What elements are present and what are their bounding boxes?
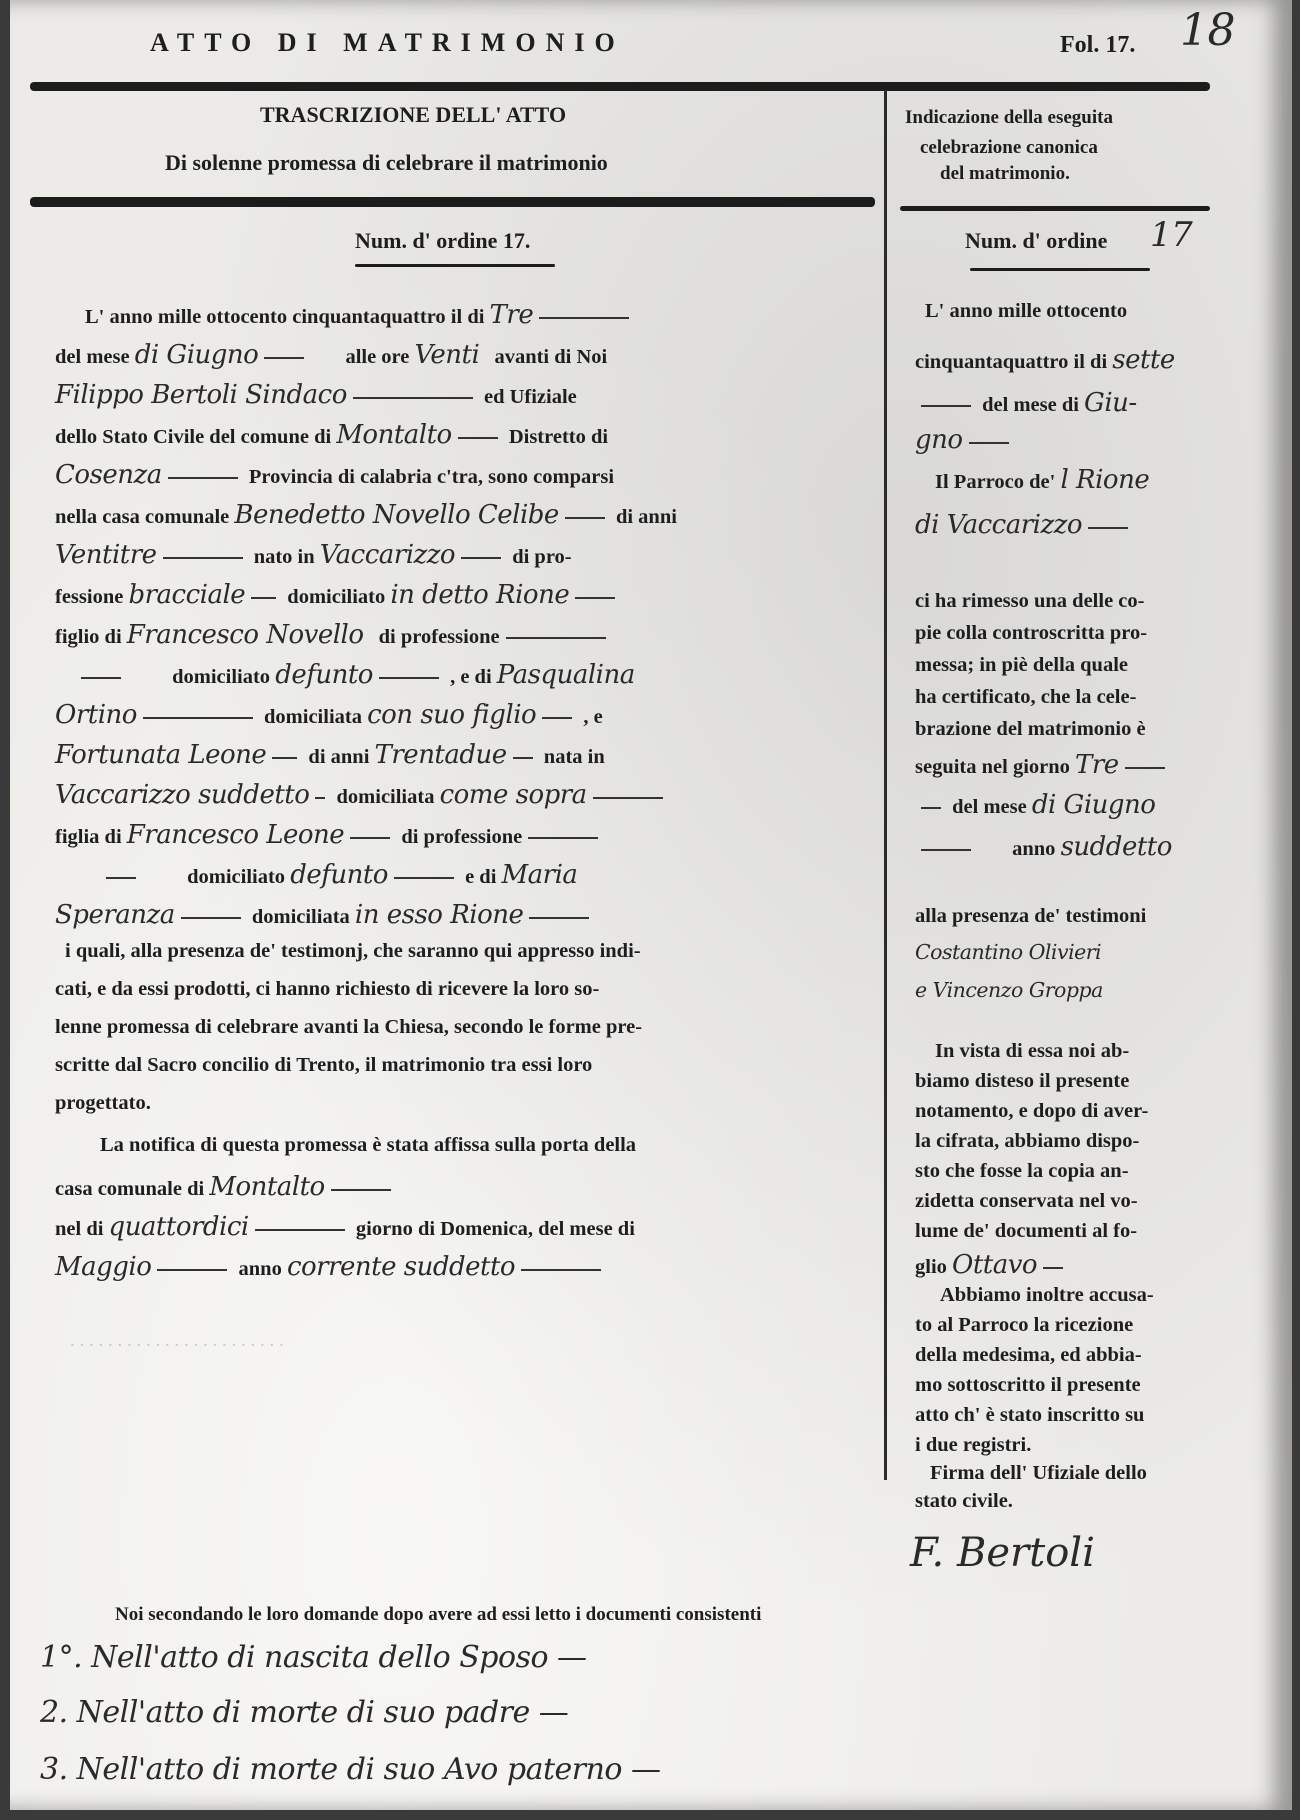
bleed-through-text: . . . . . . . . . . . . . . . . . . . . … <box>70 1330 284 1352</box>
right-header-line-1: Indicazione della eseguita <box>905 107 1113 129</box>
body-line-4: dello Stato Civile del comune di Montalt… <box>55 420 880 450</box>
body-line-9: figlio di Francesco Novello di professio… <box>55 620 880 650</box>
body-line-11: Ortino domiciliata con suo figlio , e <box>55 700 880 730</box>
right-anno-line: anno suddetto <box>915 832 1245 862</box>
right-paragraph-3-line: atto ch' è stato inscritto su <box>915 1404 1245 1427</box>
body-line-1: L' anno mille ottocento cinquantaquattro… <box>85 300 910 330</box>
right-paragraph-2-line: zidetta conservata nel vo- <box>915 1190 1245 1213</box>
right-paragraph-2-line: notamento, e dopo di aver- <box>915 1100 1245 1123</box>
folio-handwritten: 18 <box>1180 5 1235 56</box>
document-page: ATTO DI MATRIMONIO Fol. 17. 18 TRASCRIZI… <box>10 0 1292 1810</box>
body-line-7: Ventitre nato in Vaccarizzo di pro- <box>55 540 880 570</box>
right-paragraph-line: seguita nel giorno Tre <box>915 750 1245 780</box>
right-paragraph-line: ha certificato, che la cele- <box>915 686 1245 709</box>
right-paragraph-2-line: sto che fosse la copia an- <box>915 1160 1245 1183</box>
notice-line-1: La notifica di questa promessa è stata a… <box>100 1134 925 1157</box>
body-line-3: Filippo Bertoli Sindaco ed Ufiziale <box>55 380 880 410</box>
section-rule <box>30 197 875 207</box>
top-rule <box>30 82 1210 91</box>
right-header-rule <box>900 206 1210 211</box>
paragraph-line: cati, e da essi prodotti, ci hanno richi… <box>55 978 880 1001</box>
footer-document-1: 1°. Nell'atto di nascita dello Sposo — <box>40 1640 587 1675</box>
right-line: L' anno mille ottocento <box>925 300 1255 323</box>
witness-label: alla presenza de' testimoni <box>915 905 1245 928</box>
body-line-15: domiciliato defunto e di Maria <box>100 860 925 890</box>
right-header-line-2: celebrazione canonica <box>920 137 1098 159</box>
right-line: di Vaccarizzo <box>915 510 1245 540</box>
body-line-14: figlia di Francesco Leone di professione <box>55 820 880 850</box>
section-subtitle: Di solenne promessa di celebrare il matr… <box>165 150 608 176</box>
right-paragraph-line: pie colla controscritta pro- <box>915 622 1245 645</box>
right-paragraph-2-line: lume de' documenti al fo- <box>915 1220 1245 1243</box>
right-paragraph-3-line: mo sottoscritto il presente <box>915 1374 1245 1397</box>
footer-document-2: 2. Nell'atto di morte di suo padre — <box>40 1695 568 1730</box>
right-line: del mese di Giu- <box>915 388 1245 418</box>
body-line-12: Fortunata Leone di anni Trentadue nata i… <box>55 740 880 770</box>
right-header-line-3: del matrimonio. <box>940 163 1070 185</box>
notice-line-4: Maggio anno corrente suddetto <box>55 1252 880 1282</box>
right-line: Il Parroco de' l Rione <box>935 465 1265 495</box>
order-underline-left <box>355 264 555 267</box>
foglio-line: glio Ottavo <box>915 1250 1245 1280</box>
body-line-2: del mese di Giugno alle ore Venti avanti… <box>55 340 880 370</box>
right-paragraph-3-line: i due registri. <box>915 1434 1245 1457</box>
order-underline-right <box>970 268 1150 271</box>
signature-label-2: stato civile. <box>915 1490 1245 1513</box>
body-line-6: nella casa comunale Benedetto Novello Ce… <box>55 500 880 530</box>
right-line: cinquantaquattro il di sette <box>915 345 1245 375</box>
paragraph-line: scritte dal Sacro concilio di Trento, il… <box>55 1054 880 1077</box>
body-line-16: Speranza domiciliata in esso Rione <box>55 900 880 930</box>
paragraph-line: lenne promessa di celebrare avanti la Ch… <box>55 1016 880 1039</box>
witness-hand-1: Costantino Olivieri <box>915 940 1245 964</box>
paragraph-line: progettato. <box>55 1092 880 1115</box>
official-signature: F. Bertoli <box>910 1530 1095 1576</box>
order-number-right-label: Num. d' ordine <box>965 228 1107 254</box>
right-paragraph-3-line: della medesima, ed abbia- <box>915 1344 1245 1367</box>
right-paragraph-line: brazione del matrimonio è <box>915 718 1245 741</box>
notice-line-3: nel di quattordici giorno di Domenica, d… <box>55 1212 880 1242</box>
right-paragraph-3-line: to al Parroco la ricezione <box>915 1314 1245 1337</box>
document-title: ATTO DI MATRIMONIO <box>150 28 625 58</box>
footer-printed: Noi secondando le loro domande dopo aver… <box>115 1604 761 1626</box>
column-divider <box>884 90 887 1480</box>
right-paragraph-2-line: la cifrata, abbiamo dispo- <box>915 1130 1245 1153</box>
body-line-8: fessione bracciale domiciliato in detto … <box>55 580 880 610</box>
right-paragraph-2-line: In vista di essa noi ab- <box>935 1040 1265 1063</box>
right-paragraph-2-line: biamo disteso il presente <box>915 1070 1245 1093</box>
order-number-right-hand: 17 <box>1150 215 1192 255</box>
witness-hand-2: e Vincenzo Groppa <box>915 978 1245 1002</box>
signature-label-1: Firma dell' Ufiziale dello <box>930 1462 1260 1485</box>
footer-document-3: 3. Nell'atto di morte di suo Avo paterno… <box>40 1752 661 1787</box>
notice-line-2: casa comunale di Montalto <box>55 1172 880 1202</box>
right-paragraph-3-line: Abbiamo inoltre accusa- <box>940 1284 1270 1307</box>
right-line: gno <box>915 425 1245 455</box>
folio-label: Fol. 17. <box>1060 32 1135 59</box>
section-title: TRASCRIZIONE DELL' ATTO <box>260 102 566 128</box>
body-line-13: Vaccarizzo suddetto domiciliata come sop… <box>55 780 880 810</box>
right-mese-line: del mese di Giugno <box>915 790 1245 820</box>
right-paragraph-line: ci ha rimesso una delle co- <box>915 590 1245 613</box>
order-number-left: Num. d' ordine 17. <box>355 228 530 254</box>
paragraph-line: i quali, alla presenza de' testimonj, ch… <box>65 940 890 963</box>
body-line-5: Cosenza Provincia di calabria c'tra, son… <box>55 460 880 490</box>
right-paragraph-line: messa; in piè della quale <box>915 654 1245 677</box>
body-line-10: domiciliato defunto , e di Pasqualina <box>75 660 900 690</box>
